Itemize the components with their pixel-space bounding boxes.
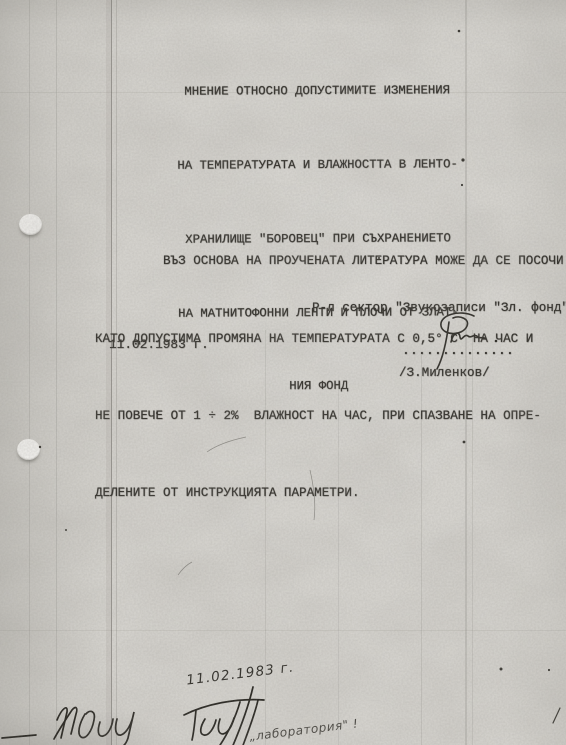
body-paragraph: ВЪЗ ОСНОВА НА ПРОУЧЕНАТА ЛИТЕРАТУРА МОЖЕ…	[95, 198, 564, 558]
body-line: НЕ ПОВЕЧЕ ОТ 1 ÷ 2% ВЛАЖНОСТ НА ЧАС, ПРИ…	[95, 404, 564, 430]
handwritten-date: 11.02.1983 г.	[185, 659, 295, 688]
crease-line	[56, 0, 57, 745]
punch-hole	[19, 214, 42, 235]
crease-line-horizontal	[0, 630, 566, 631]
body-line: ВЪЗ ОСНОВА НА ПРОУЧЕНАТА ЛИТЕРАТУРА МОЖЕ…	[95, 249, 564, 275]
handwritten-note: „лаборатория" !	[249, 716, 359, 743]
scanned-memo-page: МНЕНИЕ ОТНОСНО ДОПУСТИМИТЕ ИЗМЕНЕНИЯ НА …	[0, 0, 566, 745]
signer-name-line: /З.Миленков/	[399, 366, 490, 380]
punch-hole	[17, 439, 40, 460]
body-line: ДЕЛЕНИТЕ ОТ ИНСТРУКЦИЯТА ПАРАМЕТРИ.	[95, 481, 564, 507]
title-line: МНЕНИЕ ОТНОСНО ДОПУСТИМИТЕ ИЗМЕНЕНИЯ	[167, 78, 467, 104]
title-line: НА ТЕМПЕРАТУРАТА И ВЛАЖНОСТТА В ЛЕНТО-	[168, 152, 468, 178]
bottom-left-signature	[2, 707, 134, 745]
signer-role-line: Р-л сектор "Звукозаписи "Зл. фонд"	[312, 301, 566, 315]
right-edge-tick-mark	[553, 708, 560, 723]
crease-line	[29, 0, 30, 745]
typed-date: 11.02.1983 г.	[109, 337, 209, 352]
signature-dotted-line: ..............	[402, 343, 514, 358]
